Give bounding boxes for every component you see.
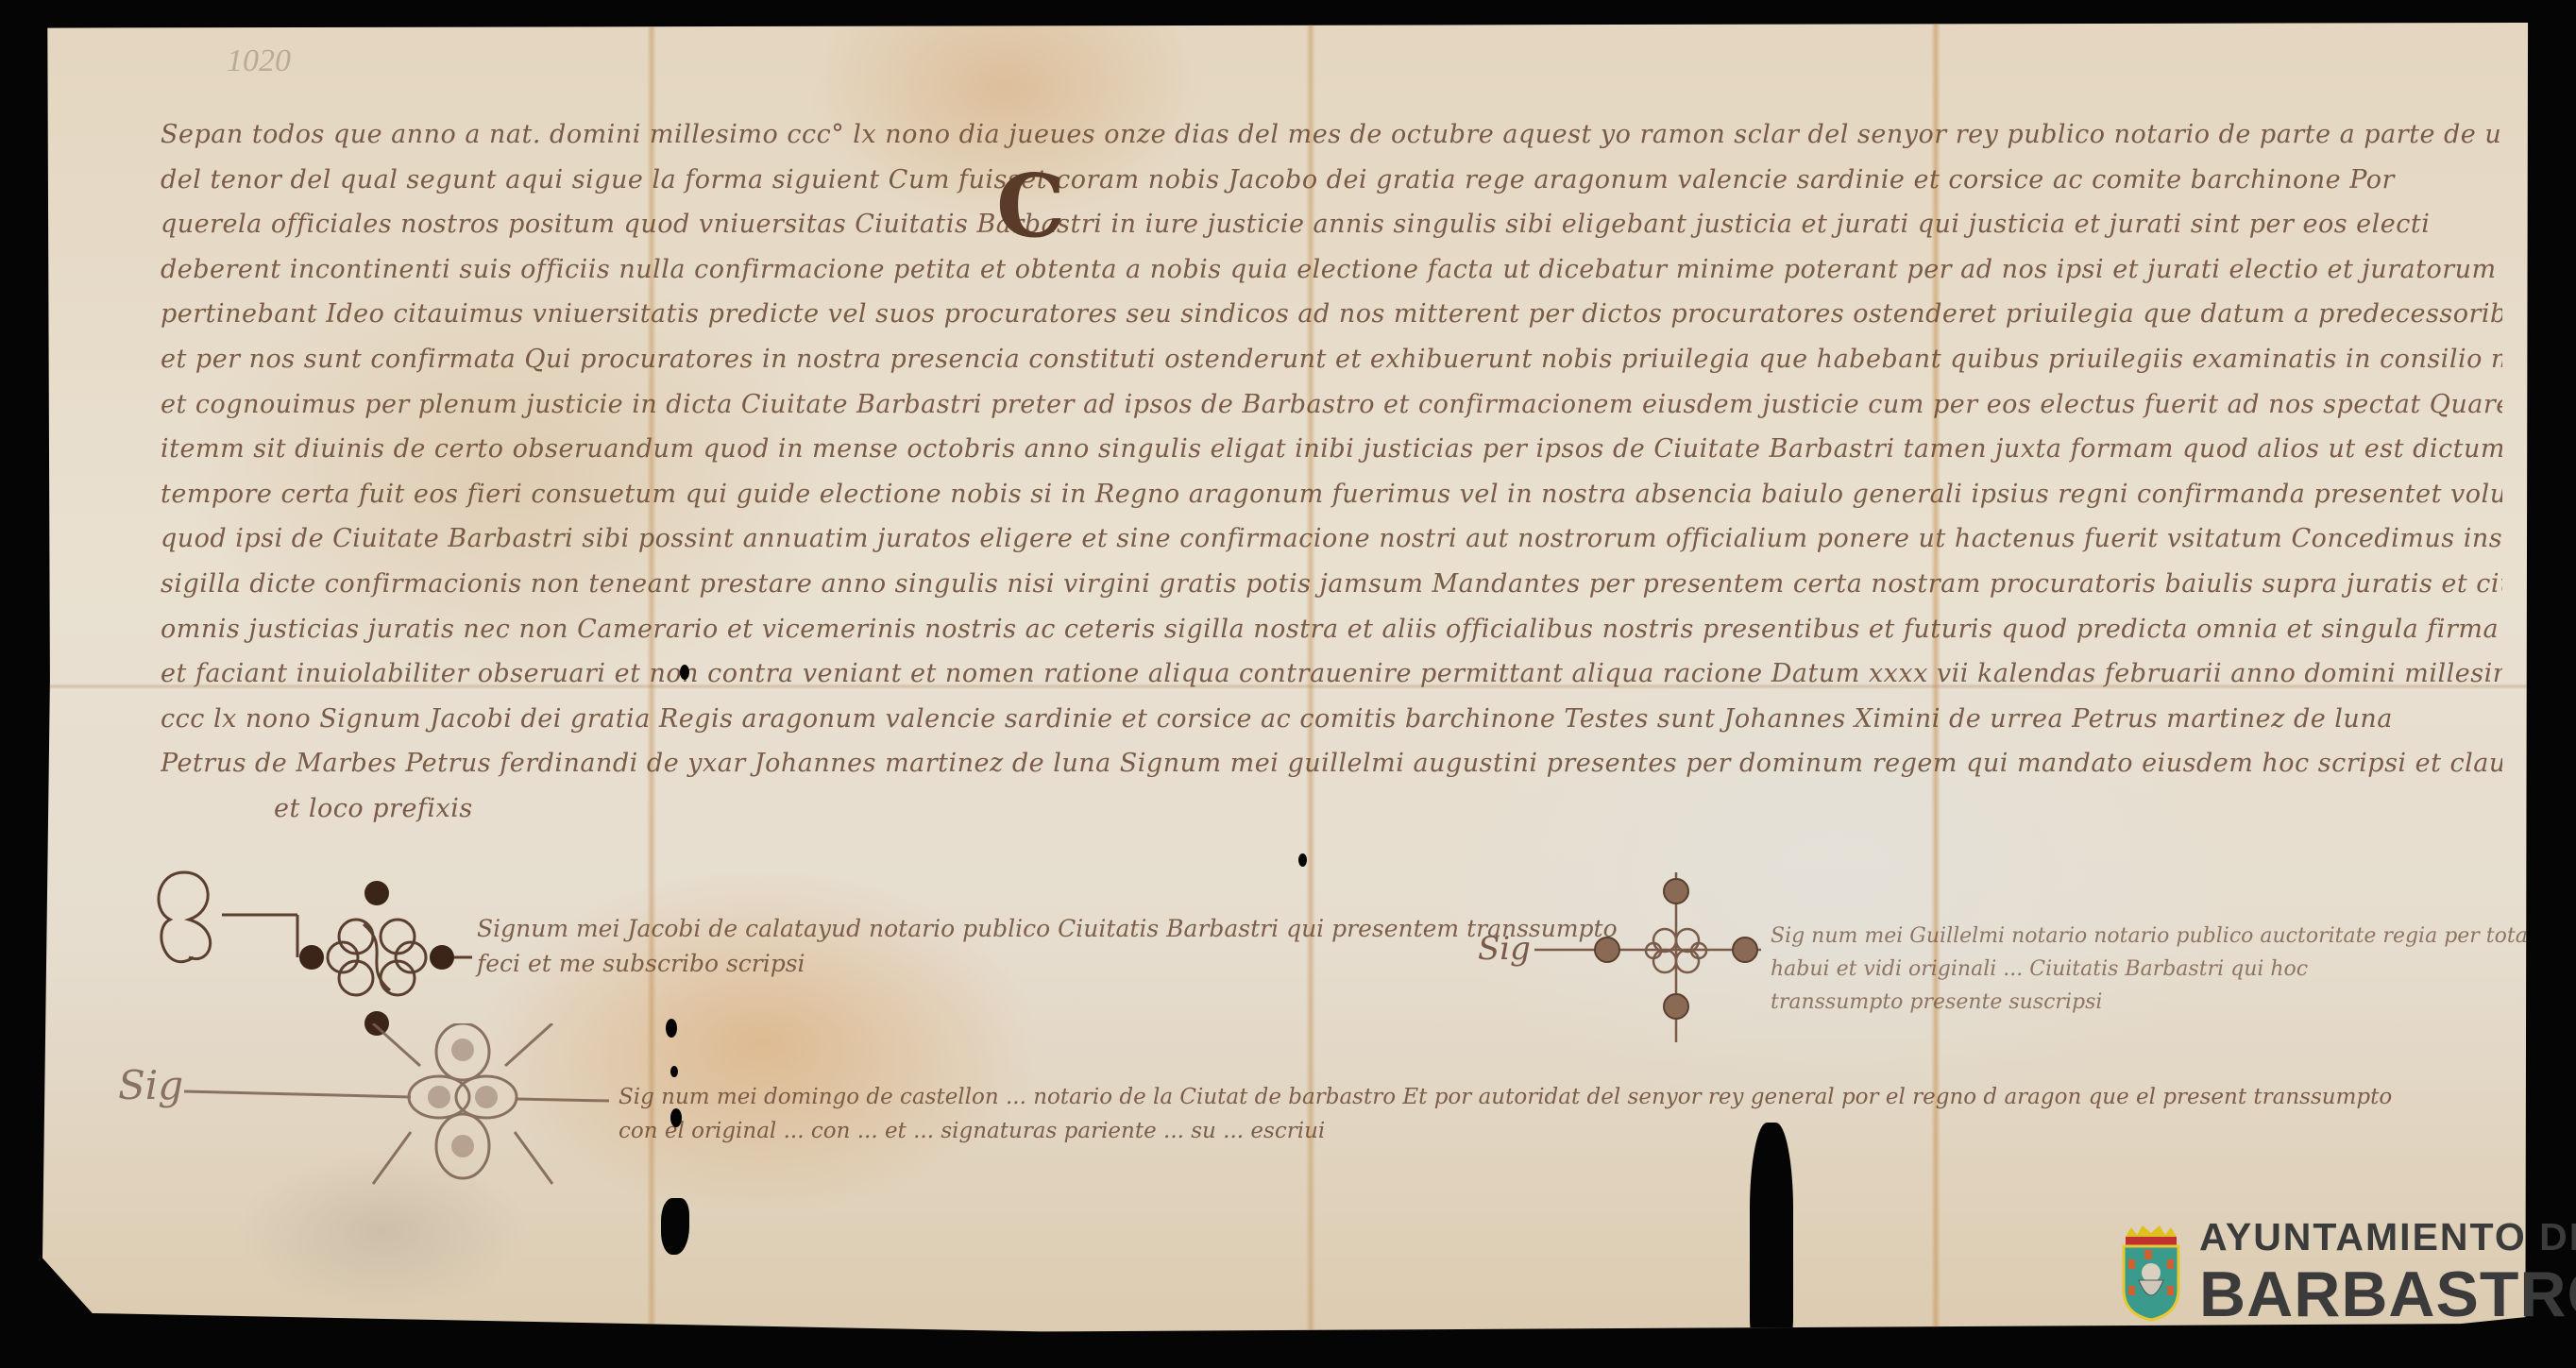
text-line: deberent incontinenti suis officiis null… xyxy=(161,247,2502,293)
tear-hole xyxy=(1750,1123,1793,1340)
coat-of-arms-icon xyxy=(2120,1224,2182,1322)
flower-cross-icon: Sig xyxy=(1478,853,1761,1061)
hole xyxy=(666,1019,677,1038)
parchment-document: 1020 Sepan todos que anno a nat. domini … xyxy=(42,23,2535,1337)
notary-sign-3: Sig xyxy=(99,1023,609,1217)
charter-text: Sepan todos que anno a nat. domini mille… xyxy=(161,112,2502,832)
logo-text: AYUNTAMIENTO DE BARBASTRO xyxy=(2199,1218,2576,1326)
text-line: Petrus de Marbes Petrus ferdinandi de yx… xyxy=(161,741,2502,786)
text-line: omnis justicias juratis nec non Camerari… xyxy=(161,607,2502,652)
hole xyxy=(670,1108,682,1127)
text-line: querela officiales nostros positum quod … xyxy=(161,202,2502,247)
svg-text:Sig: Sig xyxy=(1478,930,1531,968)
text-line: et loco prefixis xyxy=(161,786,2502,832)
hole xyxy=(1298,853,1307,867)
text-line: itemm sit diuinis de certo obseruandum q… xyxy=(161,427,2502,472)
text-line: et cognouimus per plenum justicie in dic… xyxy=(161,382,2502,428)
notary-sign-2: Sig xyxy=(1478,853,1761,1066)
notary-sign-1 xyxy=(146,853,411,1042)
text-line: tempore certa fuit eos fieri consuetum q… xyxy=(161,472,2502,517)
text-line: Sepan todos que anno a nat. domini mille… xyxy=(161,112,2502,158)
text-line: ccc lx nono Signum Jacobi dei gratia Reg… xyxy=(161,697,2502,742)
notary-1-text: Signum mei Jacobi de calatayud notario p… xyxy=(477,915,1618,977)
text-line: del tenor del qual segunt aqui sigue la … xyxy=(161,158,2502,203)
barbastro-logo: AYUNTAMIENTO DE BARBASTRO xyxy=(2120,1218,2576,1326)
text-line: et per nos sunt confirmata Qui procurato… xyxy=(161,337,2502,382)
svg-text:Sig: Sig xyxy=(118,1062,183,1108)
text-line: et faciant inuiolabiliter obseruari et n… xyxy=(161,651,2502,697)
hole xyxy=(670,1066,678,1077)
tear-hole xyxy=(661,1198,689,1255)
archive-number: 1020 xyxy=(227,43,291,79)
notary-3-text: Sig num mei domingo de castellon ... not… xyxy=(619,1085,2392,1143)
text-line: sigilla dicte confirmacionis non teneant… xyxy=(161,562,2502,607)
text-line: pertinebant Ideo citauimus vniuersitatis… xyxy=(161,292,2502,337)
notary-2-text: Sig num mei Guillelmi notario notario pu… xyxy=(1771,924,2576,1014)
decorated-initial: C xyxy=(996,162,1065,249)
ornate-cross-icon: Sig xyxy=(99,1023,609,1212)
hole xyxy=(680,665,689,680)
text-line: quod ipsi de Ciuitate Barbastri sibi pos… xyxy=(161,516,2502,562)
